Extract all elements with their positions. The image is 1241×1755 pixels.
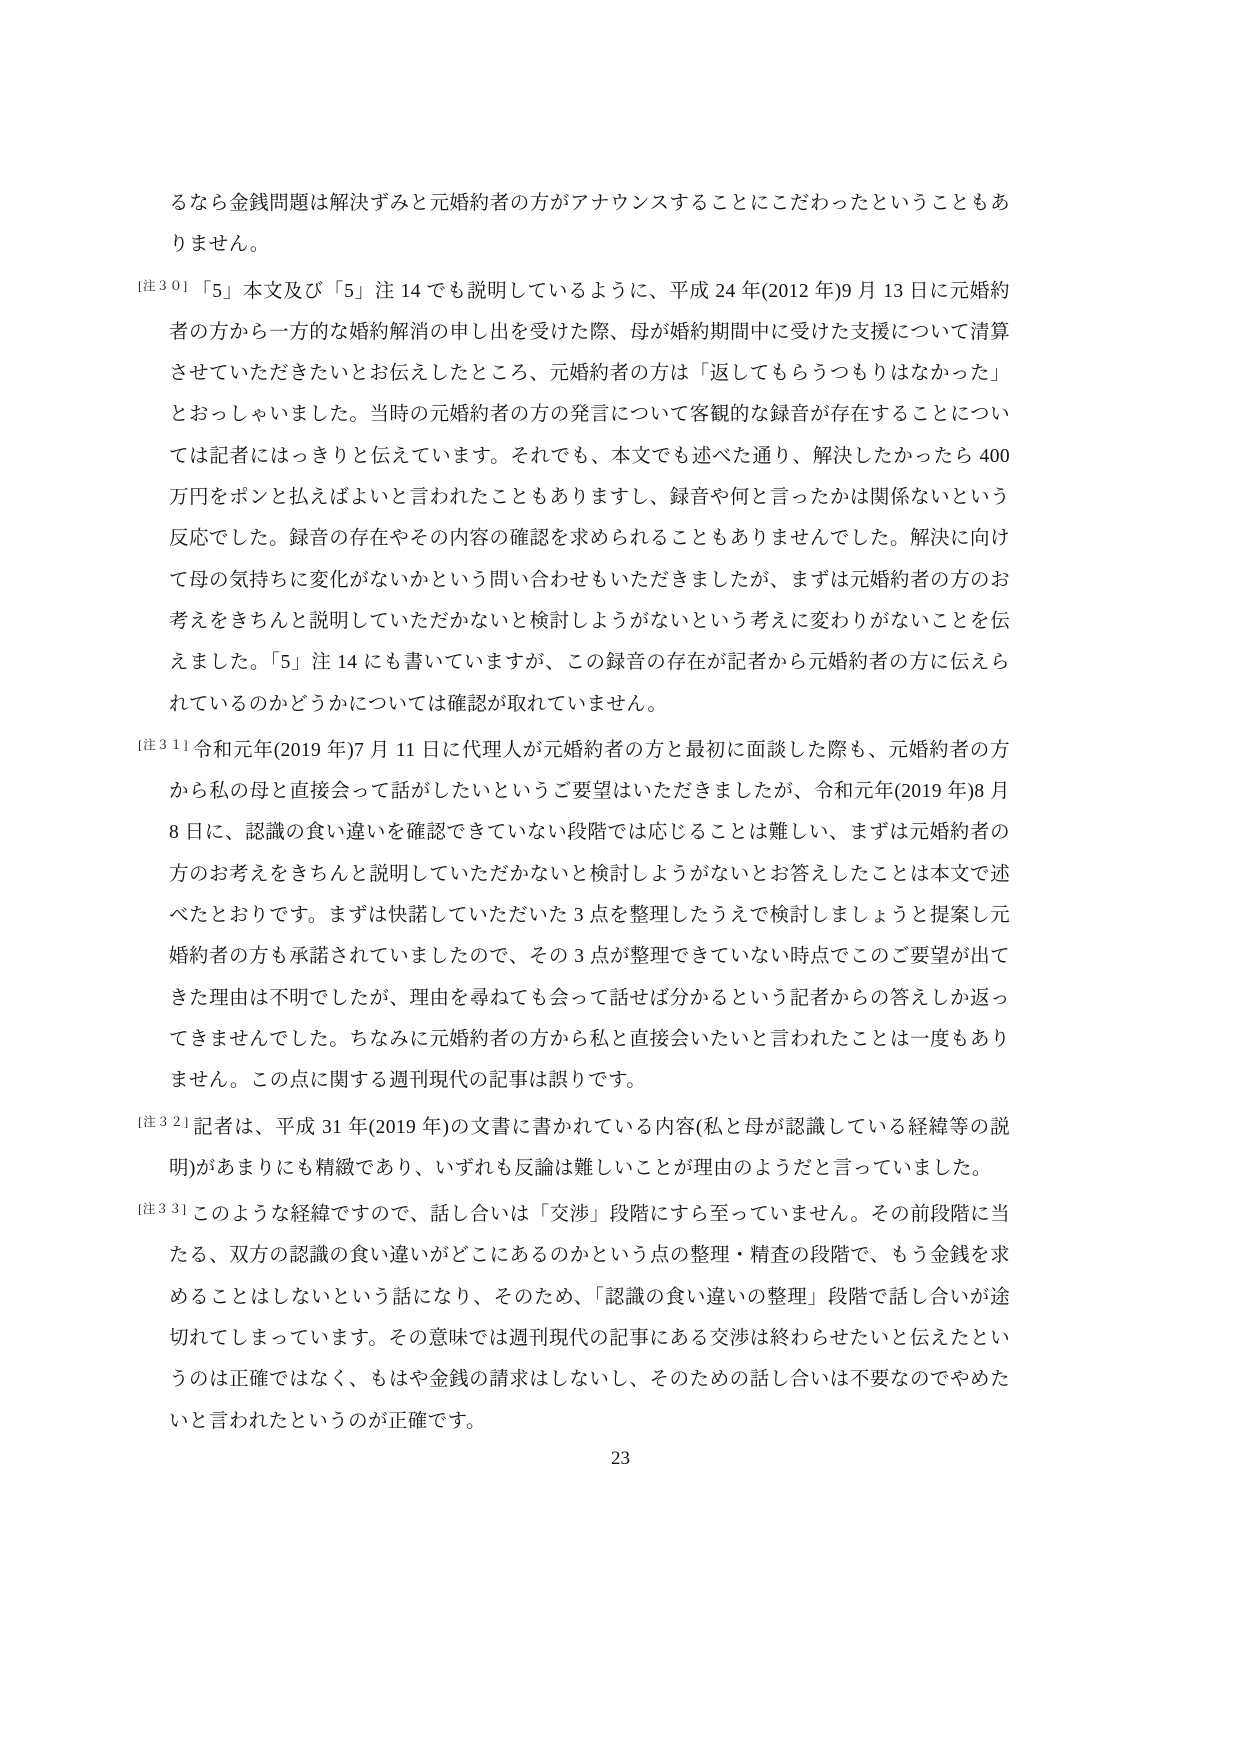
footnotes-section: るなら金銭問題は解決ずみと元婚約者の方がアナウンスすることにこだわったということ…: [138, 183, 1010, 1442]
footnote-label: [注３１]: [138, 738, 192, 752]
footnote-32: [注３２]記者は、平成 31 年(2019 年)の文書に書かれている内容(私と母…: [138, 1102, 1010, 1190]
footnote-label: [注３０]: [138, 279, 192, 293]
paragraph-continuation: るなら金銭問題は解決ずみと元婚約者の方がアナウンスすることにこだわったということ…: [138, 183, 1010, 266]
document-page: るなら金銭問題は解決ずみと元婚約者の方がアナウンスすることにこだわったということ…: [0, 0, 1241, 1755]
footnote-30: [注３０]「5」本文及び「5」注 14 でも説明しているように、平成 24 年(…: [138, 266, 1010, 725]
footnote-text: 「5」本文及び「5」注 14 でも説明しているように、平成 24 年(2012 …: [169, 281, 1010, 715]
footnote-label: [注３３]: [138, 1202, 191, 1216]
page-number: 23: [0, 1448, 1241, 1470]
footnote-text: 令和元年(2019 年)7 月 11 日に代理人が元婚約者の方と最初に面談した際…: [169, 740, 1010, 1091]
footnote-31: [注３１]令和元年(2019 年)7 月 11 日に代理人が元婚約者の方と最初に…: [138, 725, 1010, 1102]
footnote-text: このような経緯ですので、話し合いは「交渉」段階にすら至っていません。その前段階に…: [169, 1204, 1010, 1431]
footnote-text: 記者は、平成 31 年(2019 年)の文書に書かれている内容(私と母が認識して…: [169, 1117, 1010, 1179]
footnote-label: [注３２]: [138, 1115, 193, 1129]
paragraph-text: るなら金銭問題は解決ずみと元婚約者の方がアナウンスすることにこだわったということ…: [169, 193, 1010, 255]
footnote-33: [注３３]このような経緯ですので、話し合いは「交渉」段階にすら至っていません。そ…: [138, 1189, 1010, 1442]
